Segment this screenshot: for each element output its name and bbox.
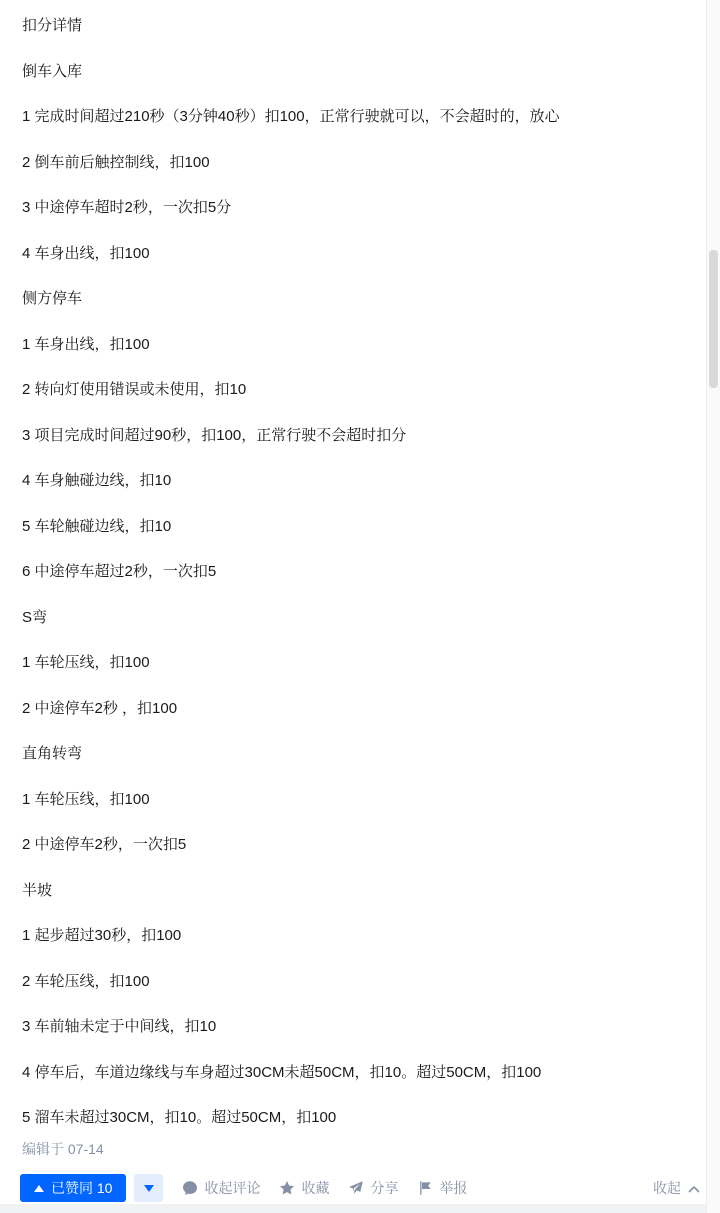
answer-paragraph: 倒车入库 <box>22 59 690 84</box>
upvote-button[interactable]: 已赞同 10 <box>20 1174 126 1202</box>
answer-paragraph: 3 项目完成时间超过90秒，扣100，正常行驶不会超时扣分 <box>22 423 690 448</box>
edited-timestamp: 编辑于 07-14 <box>0 1139 720 1159</box>
answer-body: 扣分详情倒车入库1 完成时间超过210秒（3分钟40秒）扣100，正常行驶就可以… <box>0 0 720 1130</box>
answer-paragraph: S弯 <box>22 605 690 630</box>
answer-paragraph: 1 车身出线，扣100 <box>22 332 690 357</box>
answer-paragraph: 2 中途停车2秒，一次扣5 <box>22 832 690 857</box>
answer-paragraph: 2 中途停车2秒 ，扣100 <box>22 696 690 721</box>
answer-paragraph: 3 中途停车超时2秒，一次扣5分 <box>22 195 690 220</box>
favorite-label: 收藏 <box>301 1178 329 1198</box>
answer-paragraph: 1 车轮压线，扣100 <box>22 650 690 675</box>
answer-paragraph: 半坡 <box>22 878 690 903</box>
share-button[interactable]: 分享 <box>348 1178 398 1198</box>
page-background-gap <box>0 1204 720 1213</box>
share-paper-plane-icon <box>348 1180 364 1196</box>
answer-paragraph: 1 车轮压线，扣100 <box>22 787 690 812</box>
answer-paragraph: 扣分详情 <box>22 13 690 38</box>
answer-paragraph: 1 起步超过30秒，扣100 <box>22 923 690 948</box>
answer-paragraph: 2 车轮压线，扣100 <box>22 969 690 994</box>
chevron-up-icon <box>688 1180 700 1196</box>
answer-paragraph: 6 中途停车超过2秒，一次扣5 <box>22 559 690 584</box>
answer-paragraph: 3 车前轴未定于中间线，扣10 <box>22 1014 690 1039</box>
answer-paragraph: 直角转弯 <box>22 741 690 766</box>
answer-paragraph: 侧方停车 <box>22 286 690 311</box>
answer-paragraph: 1 完成时间超过210秒（3分钟40秒）扣100，正常行驶就可以，不会超时的，放… <box>22 104 690 129</box>
report-button[interactable]: 举报 <box>417 1178 467 1198</box>
scrollbar[interactable] <box>706 0 720 1213</box>
downvote-triangle-icon <box>144 1185 154 1192</box>
flag-icon <box>417 1180 433 1196</box>
upvote-triangle-icon <box>34 1185 44 1192</box>
share-label: 分享 <box>370 1178 398 1198</box>
collapse-comments-label: 收起评论 <box>204 1178 260 1198</box>
answer-paragraph: 4 车身出线，扣100 <box>22 241 690 266</box>
answer-paragraph: 4 停车后，车道边缘线与车身超过30CM未超50CM，扣10。超过50CM，扣1… <box>22 1060 690 1085</box>
scrollbar-thumb[interactable] <box>709 250 718 388</box>
answer-paragraph: 5 车轮触碰边线，扣10 <box>22 514 690 539</box>
collapse-answer-label: 收起 <box>653 1178 681 1198</box>
collapse-answer-button[interactable]: 收起 <box>653 1178 700 1198</box>
answer-action-bar: 已赞同 10 收起评论 收藏 <box>0 1174 720 1202</box>
answer-paragraph: 4 车身触碰边线，扣10 <box>22 468 690 493</box>
collapse-comments-button[interactable]: 收起评论 <box>182 1178 260 1198</box>
favorite-button[interactable]: 收藏 <box>279 1178 329 1198</box>
upvote-label: 已赞同 10 <box>51 1178 112 1198</box>
answer-card: 扣分详情倒车入库1 完成时间超过210秒（3分钟40秒）扣100，正常行驶就可以… <box>0 0 720 1204</box>
comment-bubble-icon <box>182 1180 198 1196</box>
downvote-button[interactable] <box>134 1174 163 1202</box>
star-icon <box>279 1180 295 1196</box>
answer-paragraph: 2 倒车前后触控制线，扣100 <box>22 150 690 175</box>
answer-paragraph: 2 转向灯使用错误或未使用，扣10 <box>22 377 690 402</box>
answer-paragraph: 5 溜车未超过30CM，扣10。超过50CM，扣100 <box>22 1105 690 1130</box>
report-label: 举报 <box>439 1178 467 1198</box>
